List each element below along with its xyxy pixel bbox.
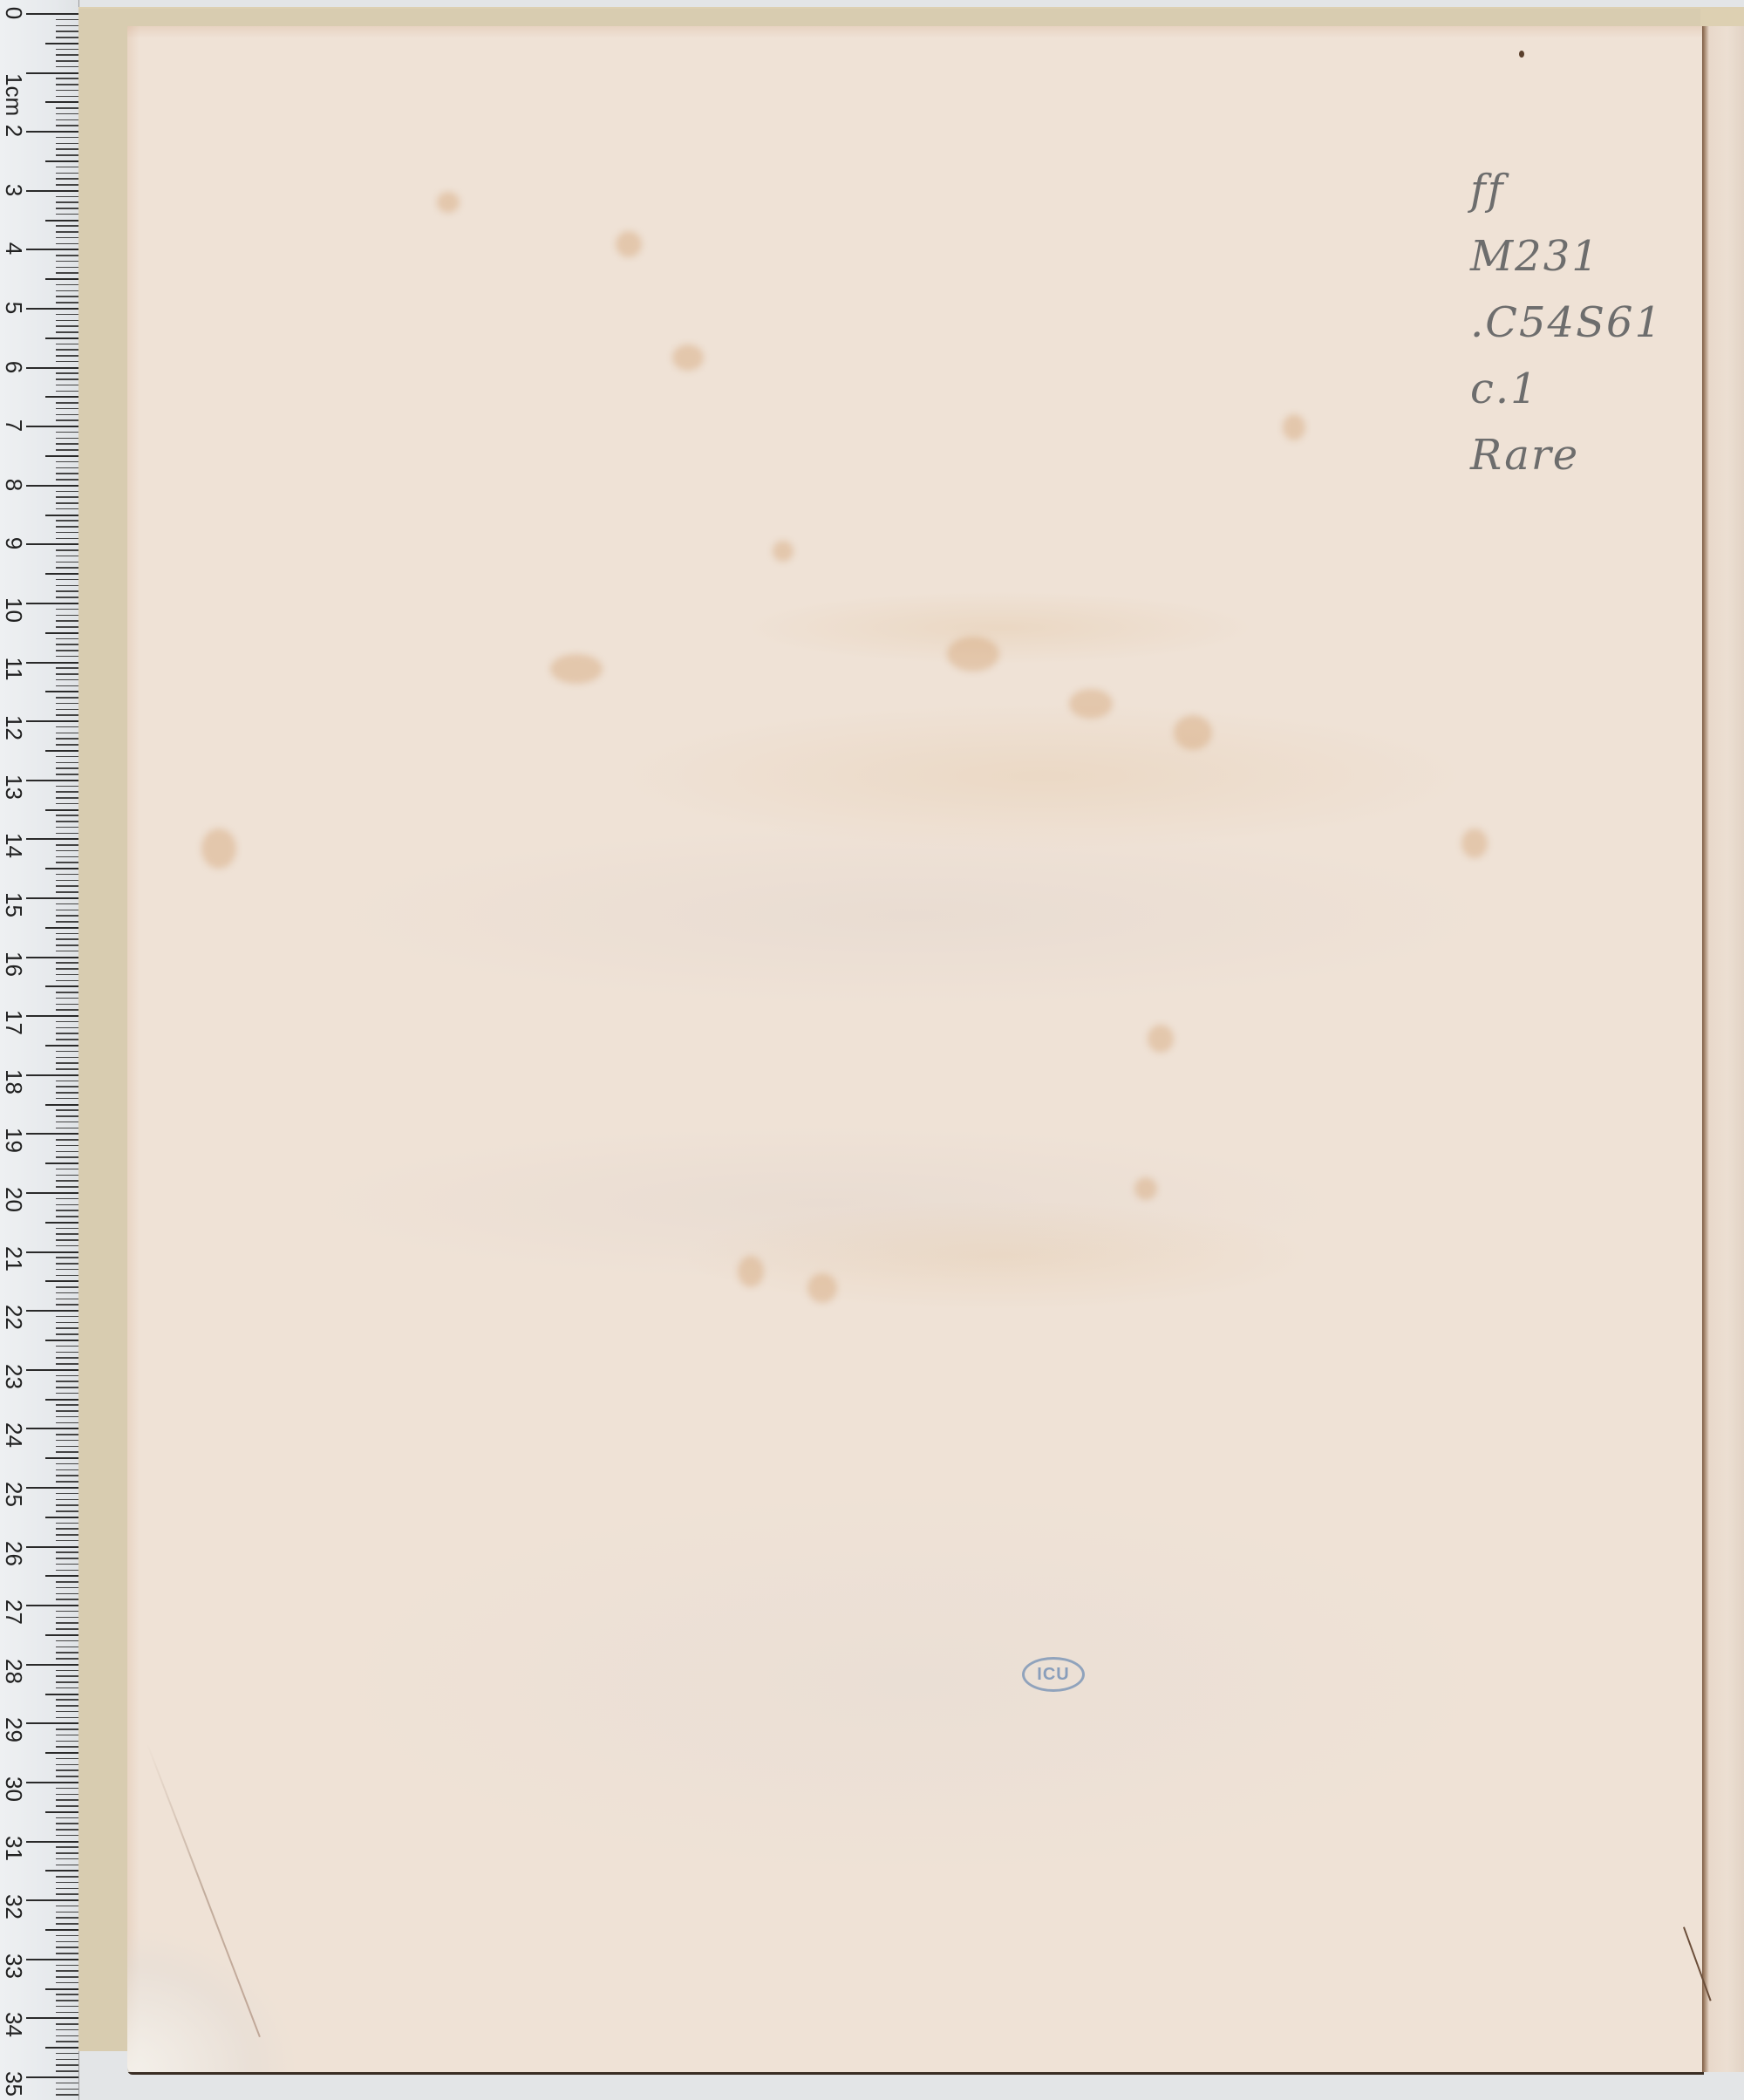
ruler-label: 3 xyxy=(2,178,26,202)
ruler-tick xyxy=(26,1310,78,1312)
ruler-tick xyxy=(56,615,78,617)
ruler-tick xyxy=(56,1363,78,1365)
ruler-tick xyxy=(56,432,78,433)
ruler-tick xyxy=(56,974,78,976)
ruler-tick xyxy=(56,1670,78,1672)
ruler-label: 4 xyxy=(2,236,26,261)
ruler-tick xyxy=(45,573,78,575)
ruler-tick xyxy=(56,1817,78,1819)
ruler-tick xyxy=(56,656,78,658)
ruler-tick xyxy=(56,1333,78,1335)
ruler-tick xyxy=(56,1346,78,1347)
ruler-tick xyxy=(26,1899,78,1901)
book-spine-fold xyxy=(1702,26,1744,2072)
ruler-label: 6 xyxy=(2,355,26,379)
ruler-tick xyxy=(45,809,78,811)
ruler-tick xyxy=(56,833,78,835)
ruler-tick xyxy=(56,19,78,21)
call-number: ff M231 .C54S61 c.1 Rare xyxy=(1470,157,1663,488)
ruler-tick xyxy=(56,314,78,316)
ruler-label: 31 xyxy=(2,1836,26,1860)
ruler-tick xyxy=(26,662,78,664)
ruler-tick xyxy=(56,944,78,946)
ruler-tick xyxy=(56,910,78,911)
ruler-tick xyxy=(56,1735,78,1736)
ruler-tick xyxy=(56,491,78,493)
ruler-tick xyxy=(56,1699,78,1701)
ruler-tick xyxy=(56,25,78,27)
ruler-tick xyxy=(26,1133,78,1135)
ruler-tick xyxy=(56,1794,78,1796)
ruler-tick xyxy=(45,1988,78,1990)
ruler-tick xyxy=(26,957,78,958)
ruler-tick xyxy=(56,1216,78,1217)
ruler-tick xyxy=(56,998,78,999)
ruler-tick xyxy=(56,880,78,882)
ruler-tick xyxy=(56,1145,78,1147)
ruler-tick xyxy=(26,780,78,781)
ruler-tick xyxy=(45,220,78,222)
ruler-tick xyxy=(56,196,78,198)
ruler-tick xyxy=(45,1575,78,1577)
ruler-tick xyxy=(26,249,78,250)
ruler-tick xyxy=(56,1523,78,1524)
ruler-tick xyxy=(45,1517,78,1518)
ruler-tick xyxy=(56,2006,78,2008)
call-number-line-collection: Rare xyxy=(1470,422,1663,488)
ruler-label: 24 xyxy=(2,1422,26,1447)
ruler-tick xyxy=(56,37,78,38)
ruler-tick xyxy=(56,2029,78,2031)
ruler-tick xyxy=(45,985,78,987)
ruler-tick xyxy=(56,1758,78,1760)
ruler-tick xyxy=(56,744,78,746)
ruler-tick xyxy=(56,84,78,85)
ruler-tick xyxy=(26,308,78,310)
ruler-tick xyxy=(45,1162,78,1164)
ruler-tick xyxy=(45,515,78,516)
ruler-tick xyxy=(56,2000,78,2001)
ruler-tick xyxy=(56,1475,78,1476)
call-number-line-copy: c.1 xyxy=(1470,356,1663,422)
ruler-tick xyxy=(56,650,78,651)
ruler-tick xyxy=(56,597,78,598)
ruler-tick xyxy=(56,1186,78,1188)
ruler-tick xyxy=(56,1528,78,1530)
ruler-tick xyxy=(56,261,78,262)
ruler-tick xyxy=(56,1564,78,1565)
ruler-tick xyxy=(56,231,78,233)
call-number-line-ff: ff xyxy=(1470,157,1663,223)
ruler-tick xyxy=(56,1994,78,1995)
ruler-tick xyxy=(56,1033,78,1034)
ruler-tick xyxy=(56,479,78,481)
ruler-tick xyxy=(56,1617,78,1619)
ruler-tick xyxy=(56,1434,78,1435)
ruler-label: 20 xyxy=(2,1187,26,1211)
ruler-tick xyxy=(56,243,78,245)
ruler-tick xyxy=(56,968,78,970)
ruler-tick xyxy=(56,1422,78,1424)
ruler-tick xyxy=(56,320,78,322)
ruler-tick xyxy=(56,714,78,716)
ruler-label: 25 xyxy=(2,1482,26,1506)
ruler-tick xyxy=(56,1882,78,1884)
ruler-tick xyxy=(56,1805,78,1807)
ruler-tick xyxy=(56,1976,78,1978)
ruler-tick xyxy=(56,1381,78,1382)
ruler-tick xyxy=(56,1375,78,1377)
ruler-tick xyxy=(56,1599,78,1600)
ruler-tick xyxy=(56,590,78,592)
ruler-tick xyxy=(56,1970,78,1972)
ruler-tick xyxy=(26,603,78,604)
ruler-tick xyxy=(26,1605,78,1606)
ruler-tick xyxy=(56,1611,78,1612)
ruler-tick xyxy=(56,96,78,98)
ruler-label: 8 xyxy=(2,473,26,497)
ruler-tick xyxy=(45,1399,78,1401)
ruler-tick xyxy=(45,1045,78,1047)
ruler-tick xyxy=(56,1352,78,1353)
ruler-label: 35 xyxy=(2,2071,26,2096)
ruler-tick xyxy=(56,1156,78,1158)
ruler-tick xyxy=(56,1009,78,1011)
ruler-tick xyxy=(56,1233,78,1235)
ruler-label: 12 xyxy=(2,715,26,740)
ruler-label: 27 xyxy=(2,1599,26,1624)
ruler-tick xyxy=(26,426,78,427)
foxing-spot xyxy=(201,828,236,869)
ruler-tick xyxy=(56,1204,78,1206)
ruler-tick xyxy=(56,2023,78,2025)
foxing-spot xyxy=(1174,715,1212,750)
ruler-tick xyxy=(56,1316,78,1318)
ruler-tick xyxy=(56,1440,78,1442)
ruler-tick xyxy=(56,844,78,846)
ruler-tick xyxy=(56,520,78,522)
ruler-tick xyxy=(56,885,78,887)
ruler-label: 14 xyxy=(2,833,26,857)
ruler-tick xyxy=(56,1062,78,1064)
ruler-tick xyxy=(56,107,78,109)
ruler-tick xyxy=(56,1180,78,1182)
ruler-tick xyxy=(56,915,78,917)
ruler-tick xyxy=(56,1675,78,1677)
ruler-tick xyxy=(56,992,78,993)
ruler-tick xyxy=(56,1387,78,1388)
ruler-tick xyxy=(26,720,78,722)
ruler-tick xyxy=(56,962,78,964)
ruler-tick xyxy=(45,1870,78,1872)
ruler-tick xyxy=(56,208,78,209)
ruler-tick xyxy=(45,1457,78,1459)
ruler-tick xyxy=(56,1057,78,1059)
ruler-tick xyxy=(56,2064,78,2066)
ruler-tick xyxy=(56,148,78,150)
ruler-tick xyxy=(56,1481,78,1483)
ruler-tick xyxy=(26,897,78,899)
ruler-tick xyxy=(26,1546,78,1548)
ruler-tick xyxy=(56,1906,78,1907)
library-ownership-stamp: ICU xyxy=(1022,1657,1085,1692)
ruler-tick xyxy=(56,1558,78,1559)
ruler-tick xyxy=(56,60,78,62)
call-number-line-cutter: .C54S61 xyxy=(1470,290,1663,356)
ruler-tick xyxy=(56,502,78,504)
ruler-tick xyxy=(56,1115,78,1117)
ruler-tick xyxy=(56,1581,78,1583)
ruler-tick xyxy=(26,485,78,487)
ruler-tick xyxy=(56,378,78,380)
ruler-tick xyxy=(45,1222,78,1224)
ruler-tick xyxy=(56,549,78,551)
ruler-tick xyxy=(56,673,78,675)
ruler-tick xyxy=(56,1917,78,1919)
ruler-tick xyxy=(56,385,78,386)
ruler-tick xyxy=(56,1410,78,1412)
ruler-tick xyxy=(45,1340,78,1341)
ruler-tick xyxy=(56,1239,78,1241)
ruler-tick xyxy=(56,921,78,923)
ruler-tick xyxy=(56,290,78,292)
ruler-tick xyxy=(56,1534,78,1536)
ruler-tick xyxy=(45,868,78,869)
ruler-tick xyxy=(56,325,78,327)
ruler-label: 9 xyxy=(2,531,26,556)
ruler-tick xyxy=(56,225,78,227)
ruler-tick xyxy=(56,1493,78,1495)
ruler-tick xyxy=(56,1587,78,1589)
ruler-tick xyxy=(26,1251,78,1253)
ruler-tick xyxy=(56,815,78,816)
ruler-tick xyxy=(56,1652,78,1653)
ruler-tick xyxy=(56,1647,78,1648)
ruler-tick xyxy=(56,1128,78,1129)
ruler-tick xyxy=(56,1210,78,1211)
ruler-tick xyxy=(56,1551,78,1553)
ruler-tick xyxy=(56,609,78,610)
ruler-tick xyxy=(56,562,78,563)
ruler-label: 28 xyxy=(2,1659,26,1683)
ruler-tick xyxy=(56,302,78,303)
ruler-tick xyxy=(56,54,78,56)
ruler-tick xyxy=(56,1593,78,1595)
ruler-tick xyxy=(56,733,78,734)
ruler-tick xyxy=(56,1717,78,1719)
ruler-label: 5 xyxy=(2,296,26,320)
ruler-tick xyxy=(56,1941,78,1943)
ruler-tick xyxy=(56,2035,78,2037)
ruler-tick xyxy=(26,2076,78,2078)
ruler-tick xyxy=(26,1369,78,1371)
ruler-tick xyxy=(56,355,78,357)
ruler-label: 11 xyxy=(2,657,26,681)
ruler-tick xyxy=(45,278,78,280)
ruler-tick xyxy=(56,756,78,758)
ruler-tick xyxy=(56,827,78,828)
ruler-tick xyxy=(56,1865,78,1866)
ruler-tick xyxy=(45,927,78,929)
ruler-tick xyxy=(56,154,78,156)
ruler-tick xyxy=(56,496,78,498)
ruler-tick xyxy=(56,1876,78,1878)
ruler-tick xyxy=(56,1081,78,1082)
ruler-tick xyxy=(26,1782,78,1783)
ruler-tick xyxy=(56,697,78,699)
ruler-tick xyxy=(56,1823,78,1824)
ruler-tick xyxy=(56,709,78,711)
ruler-tick xyxy=(56,1269,78,1271)
ruler-tick xyxy=(45,396,78,398)
ruler-label: 13 xyxy=(2,774,26,799)
ruler-tick xyxy=(56,1151,78,1153)
ruler-tick xyxy=(56,1039,78,1040)
ruler-tick xyxy=(56,556,78,557)
ruler-tick xyxy=(56,1640,78,1642)
ruler-tick xyxy=(26,543,78,545)
ruler-tick xyxy=(56,585,78,587)
ruler-tick xyxy=(56,408,78,410)
ruler-tick xyxy=(56,1404,78,1406)
ruler-tick xyxy=(56,726,78,728)
ruler-tick xyxy=(56,1416,78,1418)
ruler-tick xyxy=(56,803,78,805)
ruler-tick xyxy=(56,1829,78,1831)
ruler-tick xyxy=(56,443,78,445)
ruler-label: 7 xyxy=(2,413,26,438)
ruler-tick xyxy=(56,2012,78,2014)
ruler-tick xyxy=(56,1746,78,1748)
ruler-tick xyxy=(56,850,78,852)
ruler-tick xyxy=(56,349,78,351)
ruler-tick xyxy=(56,2089,78,2090)
ruler-tick xyxy=(56,473,78,474)
ruler-tick xyxy=(56,821,78,822)
ruler-tick xyxy=(56,856,78,858)
ruler-tick xyxy=(56,1776,78,1777)
ruler-tick xyxy=(56,1098,78,1100)
ruler-tick xyxy=(56,791,78,793)
ruler-tick xyxy=(56,1628,78,1630)
ruler-tick xyxy=(56,331,78,333)
paper-hole xyxy=(1519,51,1524,58)
ruler-label: 30 xyxy=(2,1776,26,1801)
ruler-tick xyxy=(56,49,78,51)
ruler-tick xyxy=(56,1245,78,1247)
ruler-tick xyxy=(56,1322,78,1324)
ruler-tick xyxy=(45,101,78,103)
foxing-spot xyxy=(616,231,642,257)
ruler-tick xyxy=(56,626,78,628)
ruler-tick xyxy=(56,579,78,581)
ruler-label: 18 xyxy=(2,1069,26,1094)
ruler-tick xyxy=(45,691,78,692)
ruler-tick xyxy=(56,538,78,540)
ruler-tick xyxy=(45,1929,78,1931)
ruler-tick xyxy=(26,1192,78,1194)
ruler-tick xyxy=(56,862,78,863)
ruler-tick xyxy=(56,1764,78,1766)
ruler-tick xyxy=(26,1487,78,1489)
ruler-tick xyxy=(56,173,78,174)
ruler-tick xyxy=(56,1835,78,1837)
ruler-label: 29 xyxy=(2,1717,26,1742)
ruler-tick xyxy=(56,2041,78,2042)
ruler-tick xyxy=(26,1015,78,1017)
ruler-tick xyxy=(45,1634,78,1636)
ruler-tick xyxy=(26,367,78,369)
ruler-label: 23 xyxy=(2,1364,26,1388)
ruler-tick xyxy=(56,344,78,345)
foxing-spot xyxy=(738,1256,764,1287)
ruler-label: 34 xyxy=(2,2012,26,2036)
ruler-tick xyxy=(56,214,78,215)
ruler-tick xyxy=(56,1086,78,1087)
ruler-tick xyxy=(56,644,78,645)
ruler-tick xyxy=(56,1799,78,1801)
ruler-tick xyxy=(56,1728,78,1730)
ruler-tick xyxy=(56,449,78,451)
ruler-tick xyxy=(26,190,78,192)
ruler-tick xyxy=(56,1051,78,1053)
ruler-label: 15 xyxy=(2,892,26,917)
ruler-tick xyxy=(56,1451,78,1453)
ruler-tick xyxy=(56,532,78,534)
ruler-tick xyxy=(56,774,78,775)
ruler-tick xyxy=(56,1027,78,1029)
ruler-tick xyxy=(56,1463,78,1465)
ruler-tick xyxy=(56,1741,78,1742)
ruler-tick xyxy=(56,1021,78,1023)
ruler-tick xyxy=(56,1304,78,1306)
ruler-tick xyxy=(45,632,78,634)
ruler-tick xyxy=(56,1858,78,1860)
ruler-tick xyxy=(56,1935,78,1937)
foxing-spot xyxy=(550,654,603,684)
ruler-tick xyxy=(56,113,78,115)
ruler-tick xyxy=(56,1846,78,1848)
ruler-tick xyxy=(56,255,78,256)
ruler-tick xyxy=(56,125,78,126)
ruler-tick xyxy=(56,1888,78,1890)
ruler-tick xyxy=(56,361,78,363)
ruler-tick xyxy=(56,620,78,622)
ruler-tick xyxy=(56,1292,78,1294)
ruler-tick xyxy=(56,184,78,186)
ruler-tick xyxy=(56,296,78,297)
ruler-label: 22 xyxy=(2,1305,26,1329)
ruler-tick xyxy=(56,2070,78,2072)
ruler-tick xyxy=(56,272,78,274)
ruler-tick xyxy=(26,1074,78,1076)
ruler-tick xyxy=(56,1275,78,1277)
ruler-tick xyxy=(56,1769,78,1771)
ruler-tick xyxy=(56,1788,78,1790)
ruler-tick xyxy=(56,1540,78,1542)
ruler-tick xyxy=(56,1504,78,1506)
ruler-tick xyxy=(45,2047,78,2049)
ruler-tick xyxy=(56,526,78,528)
ruler-tick xyxy=(45,1752,78,1754)
ruler-tick xyxy=(56,903,78,905)
ruler-tick xyxy=(26,1959,78,1960)
ruler-tick xyxy=(56,786,78,787)
ruler-tick xyxy=(56,933,78,935)
ruler-tick xyxy=(56,980,78,982)
ruler-tick xyxy=(56,703,78,705)
ruler-tick xyxy=(56,178,78,180)
